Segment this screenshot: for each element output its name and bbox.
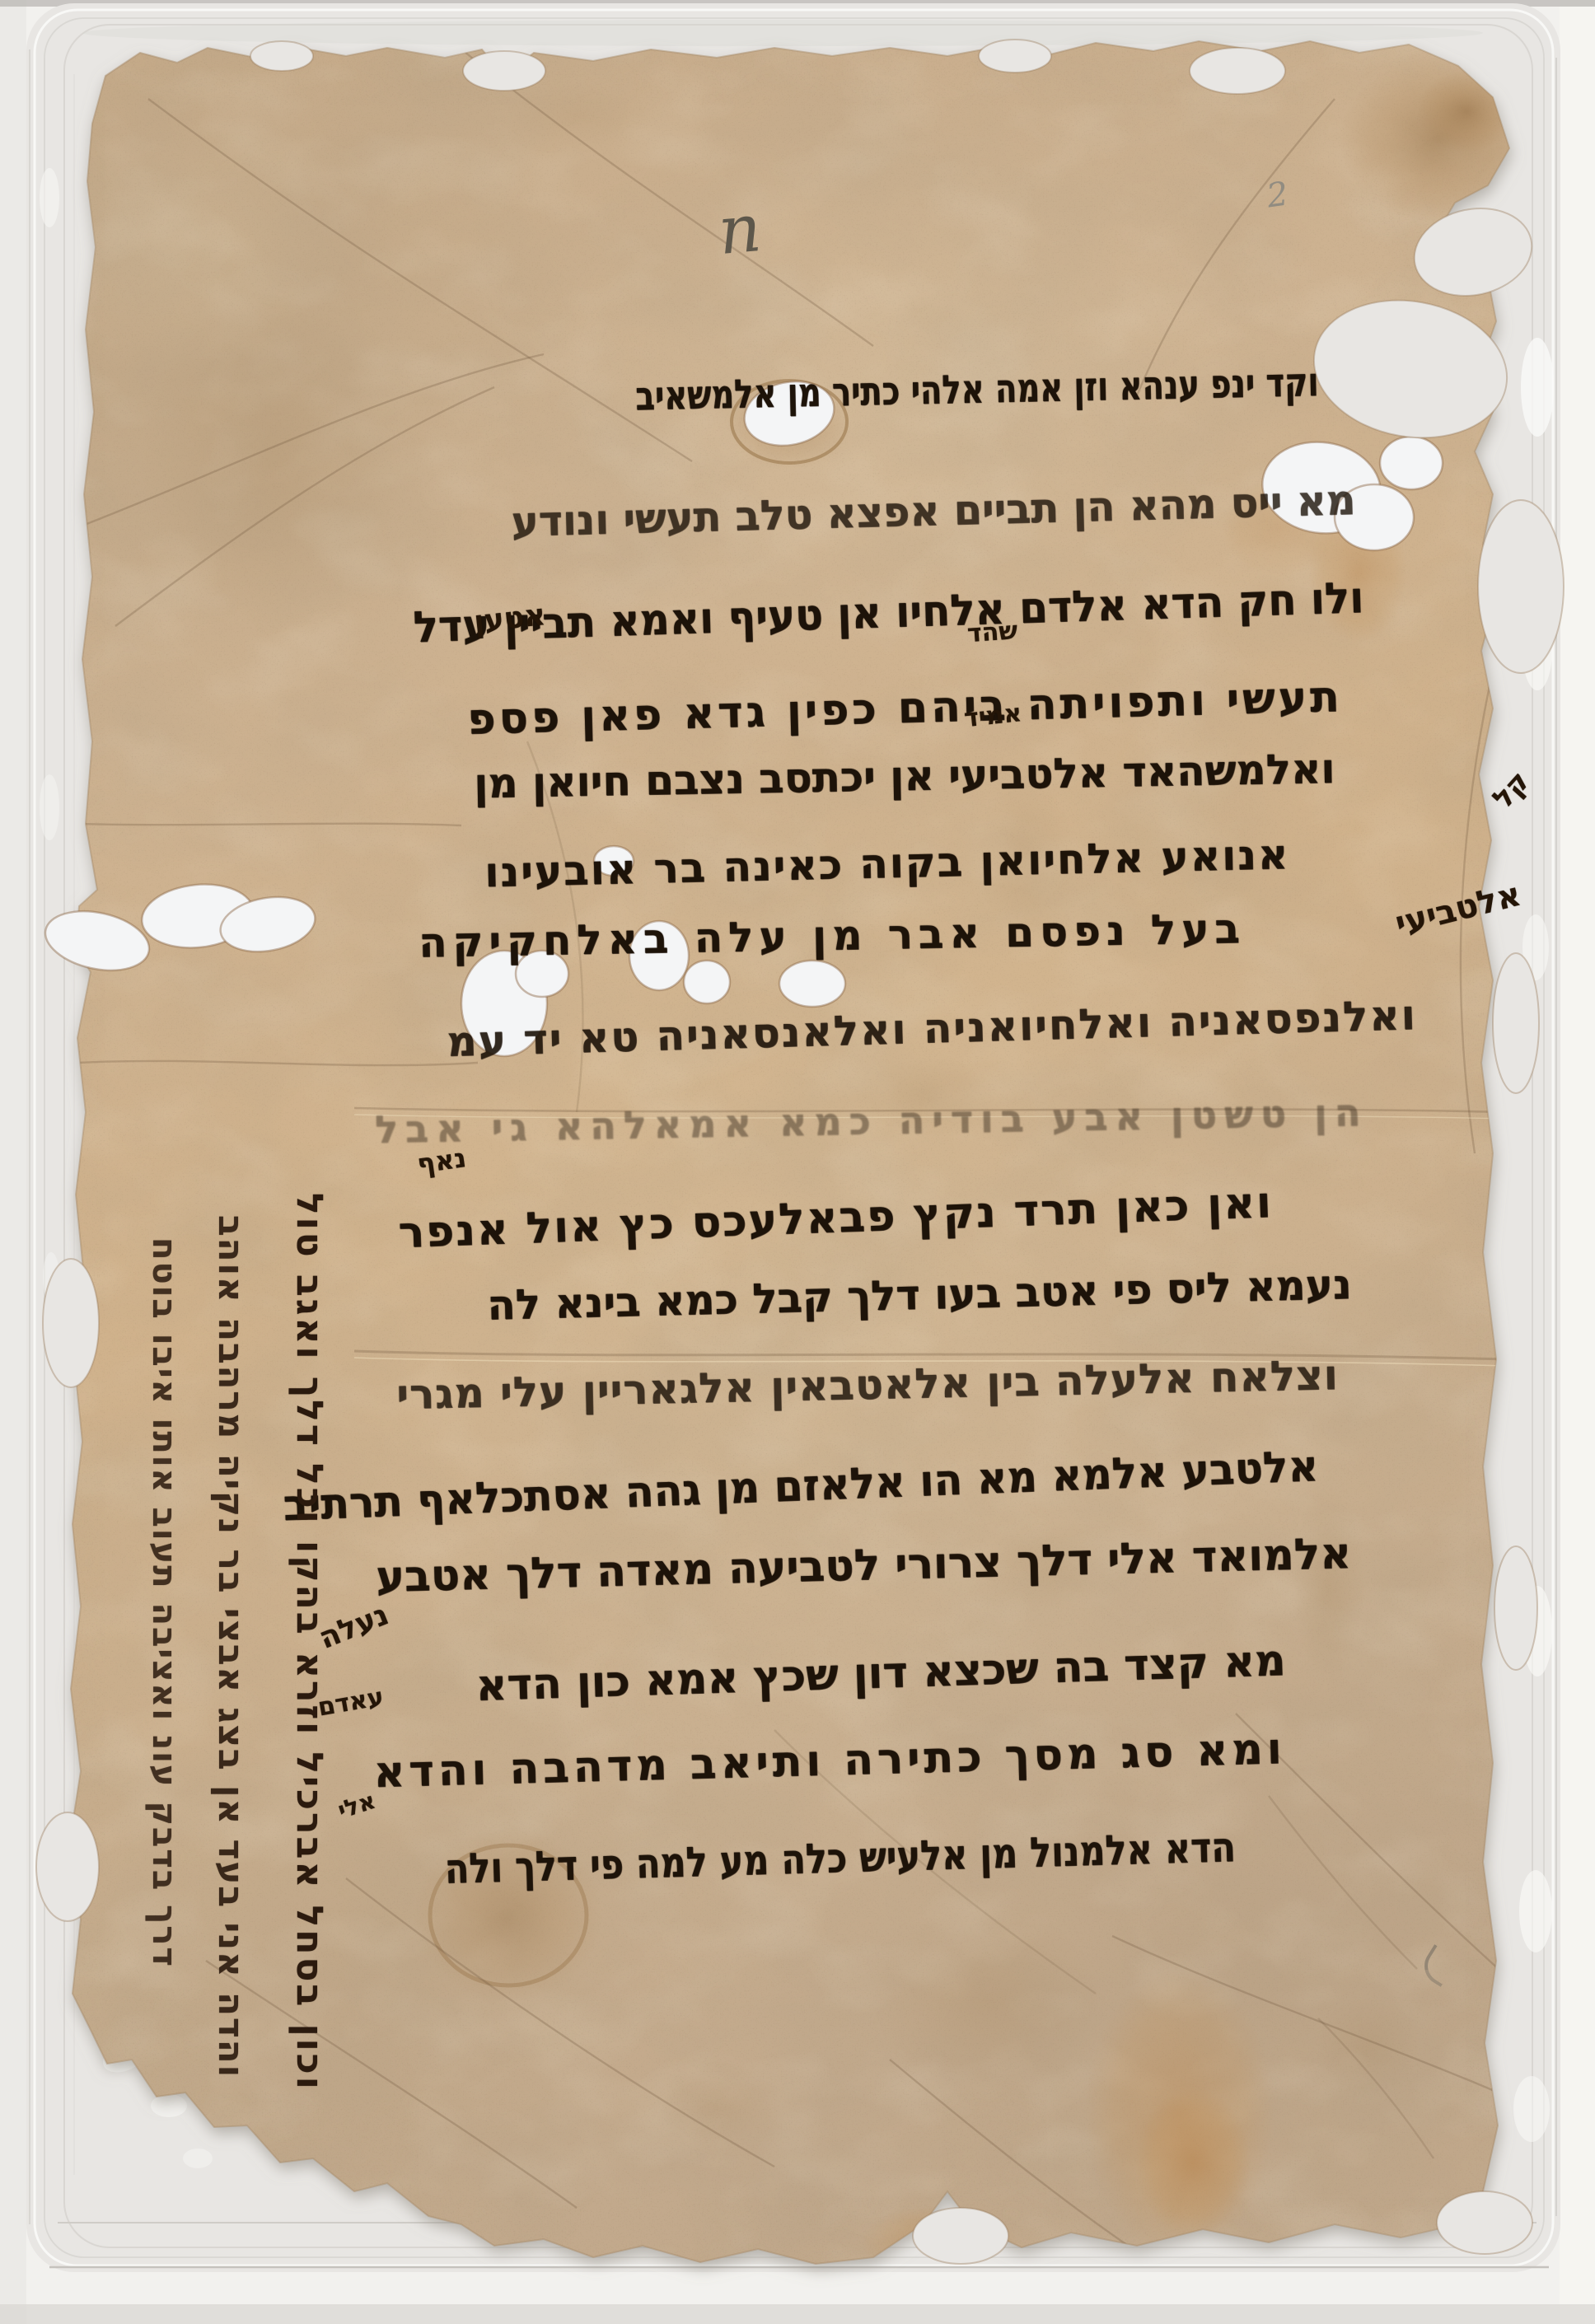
margin-note-line: דרך בדבק עונ ואציבה תעוב אותו איבו בוטח (145, 1237, 183, 1968)
pencil-mark-center: n (715, 189, 764, 269)
text-line: ומא סג מסך כתירה ותיאב מדהבה והדא (372, 1724, 1286, 1798)
page-root: וקד ינפ ענהא וזן אמה אלהי כתיר מן אלמשאי… (0, 0, 1595, 2324)
interlinear-word: אלטביעי (1392, 876, 1525, 943)
text-line: הדא אלמנול מן אלעיש כלה מע למה פי דלך ול… (444, 1823, 1237, 1893)
text-line: וקד ינפ ענהא וזן אמה אלהי כתיר מן אלמשאי… (634, 359, 1318, 419)
text-line: ואן כאן תרד נקץ פבאלעכס כץ אול אנפר (398, 1178, 1274, 1258)
interlinear-word: שהד (966, 616, 1018, 648)
interlinear-word: קל (1487, 765, 1537, 816)
interlinear-word: אלי (335, 1787, 380, 1824)
text-line: הן טשטן אבע בודיה כמא אמאלהא גי אבל (374, 1090, 1368, 1152)
text-line: ואלמשהאד אלטביעי אן יכתסב נצבם חיואן מן (473, 745, 1335, 807)
pencil-mark-corner: 2 (1265, 175, 1291, 215)
handwriting-layer: וקד ינפ ענהא וזן אמה אלהי כתיר מן אלמשאי… (0, 0, 1595, 2324)
text-line: נעמא ליס פי אטב בעו דלך קבל כמא בינא לה (486, 1260, 1352, 1330)
text-line: אנואע אלחיואן בקוה כאינה בר אובעינו (484, 830, 1289, 896)
text-line: מא קצד בה שכצא דון שכץ אמא כון הדא (475, 1636, 1286, 1711)
text-line: בעל נפסם אבר מן עלה באלחקיקה (419, 905, 1247, 967)
text-line: אלטבע אלמא מא הו אלאזם מן גהה אסתכלאף תר… (283, 1442, 1319, 1531)
pencil-curl-mark (1417, 1944, 1458, 1987)
interlinear-word: אמיד (963, 699, 1023, 733)
text-line: ולו חק הדא אלדם אלחיו אן טעיף ואמא תביין… (413, 573, 1364, 652)
text-line: וצלאח אלעלה בין אלאטבאין אלגאריין עלי מג… (396, 1351, 1340, 1419)
margin-note-line: וכון בסחל אברכיל וזרא בהקו וכל דלך ואגב … (288, 1193, 330, 2092)
text-line: ואלנפסאניה ואלחיואניה ואלאנסאניה טא יד ע… (447, 991, 1418, 1066)
interlinear-word: נאף (415, 1142, 468, 1180)
text-line: אלמואד אלי דלך צרורי לטביעה מאדה דלך אטב… (376, 1529, 1352, 1602)
text-line: תעשי ותפויתה ביהם כפין גדא פאן פספ (467, 672, 1344, 745)
margin-note-line: והדה אני בעד אן בצג אבצי בר נקיה מרהבה א… (211, 1215, 251, 2079)
text-line: מא ייס מהא הן תביים אפצא טלב תעשי ונודע (511, 476, 1356, 546)
